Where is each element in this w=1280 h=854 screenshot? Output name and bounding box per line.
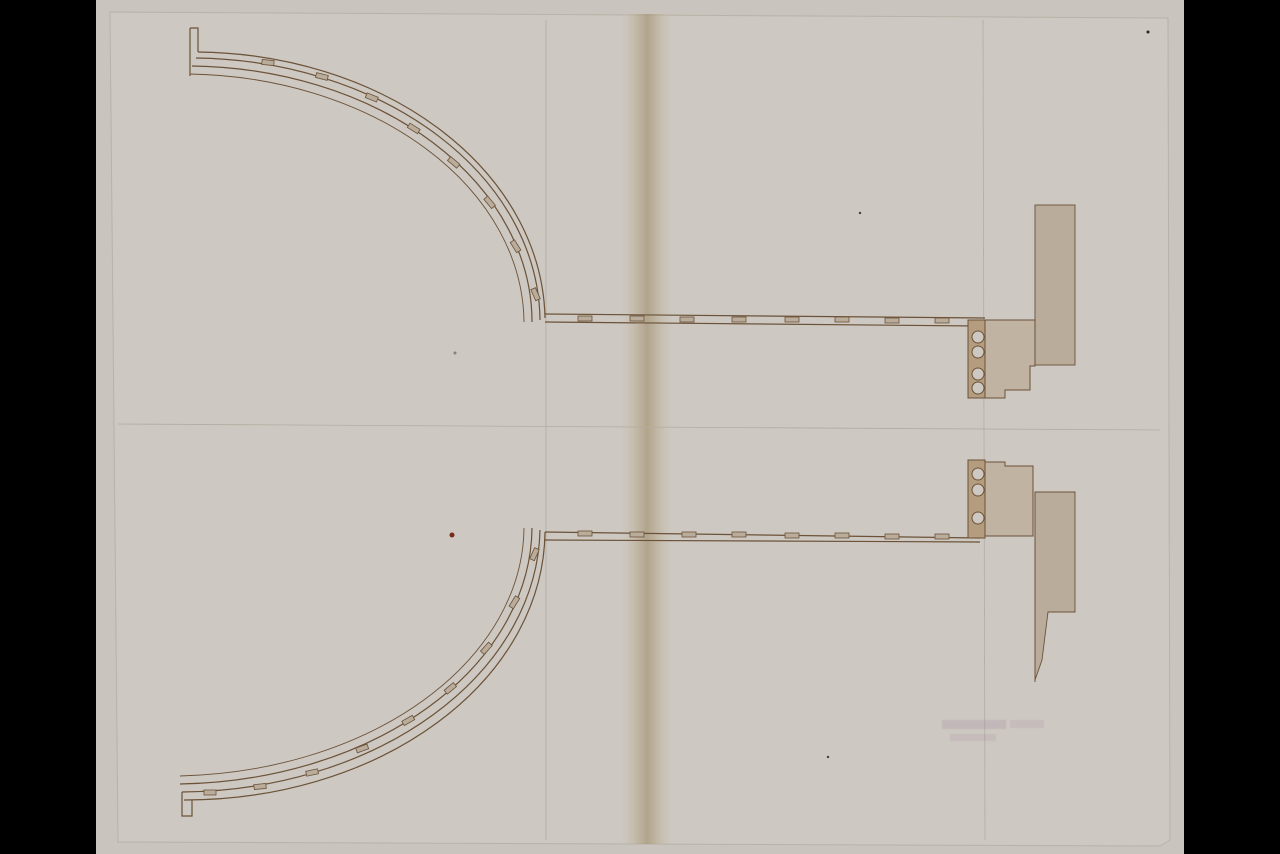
fold-stain [618,14,676,844]
architectural-drawing [0,0,1280,854]
collection-stamp [938,716,1048,752]
stamp-mark [938,716,1048,752]
